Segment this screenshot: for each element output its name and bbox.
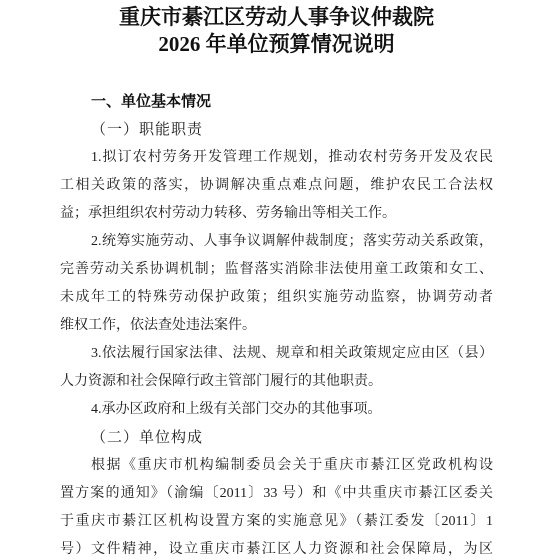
paragraph-line: 益；承担组织农村劳动力转移、劳务输出等相关工作。 bbox=[60, 200, 493, 228]
paragraph-line: 置方案的通知》（渝编〔2011〕33 号）和《中共重庆市綦江区委关 bbox=[60, 480, 493, 508]
paragraph-line: 未成年工的特殊劳动保护政策；组织实施劳动监察，协调劳动者 bbox=[60, 284, 493, 312]
document-title-line-1: 重庆市綦江区劳动人事争议仲裁院 bbox=[0, 4, 553, 31]
paragraph-line: 维权工作，依法查处违法案件。 bbox=[60, 312, 493, 340]
document-title: 重庆市綦江区劳动人事争议仲裁院 2026 年单位预算情况说明 bbox=[0, 4, 553, 58]
document-title-line-2: 2026 年单位预算情况说明 bbox=[0, 31, 553, 58]
paragraph-line: 工相关政策的落实，协调解决重点难点问题，维护农民工合法权 bbox=[60, 172, 493, 200]
document-page: 重庆市綦江区劳动人事争议仲裁院 2026 年单位预算情况说明 一、单位基本情况（… bbox=[0, 0, 553, 560]
subsection-heading: （一）职能职责 bbox=[60, 116, 493, 144]
paragraph-line: 根据《重庆市机构编制委员会关于重庆市綦江区党政机构设 bbox=[60, 452, 493, 480]
paragraph-line: 于重庆市綦江区机构设置方案的实施意见》（綦江委发〔2011〕1 bbox=[60, 508, 493, 536]
paragraph-line: 4.承办区政府和上级有关部门交办的其他事项。 bbox=[60, 396, 493, 424]
paragraph-line: 2.统筹实施劳动、人事争议调解仲裁制度；落实劳动关系政策， bbox=[60, 228, 493, 256]
section-heading: 一、单位基本情况 bbox=[60, 88, 493, 116]
document-body: 一、单位基本情况（一）职能职责1.拟订农村劳务开发管理工作规划，推动农村劳务开发… bbox=[60, 88, 493, 560]
paragraph-line: 完善劳动关系协调机制；监督落实消除非法使用童工政策和女工、 bbox=[60, 256, 493, 284]
paragraph-line: 1.拟订农村劳务开发管理工作规划，推动农村劳务开发及农民 bbox=[60, 144, 493, 172]
paragraph-line: 3.依法履行国家法律、法规、规章和相关政策规定应由区（县） bbox=[60, 340, 493, 368]
subsection-heading: （二）单位构成 bbox=[60, 424, 493, 452]
paragraph-line: 号）文件精神，设立重庆市綦江区人力资源和社会保障局，为区 bbox=[60, 536, 493, 560]
paragraph-line: 人力资源和社会保障行政主管部门履行的其他职责。 bbox=[60, 368, 493, 396]
